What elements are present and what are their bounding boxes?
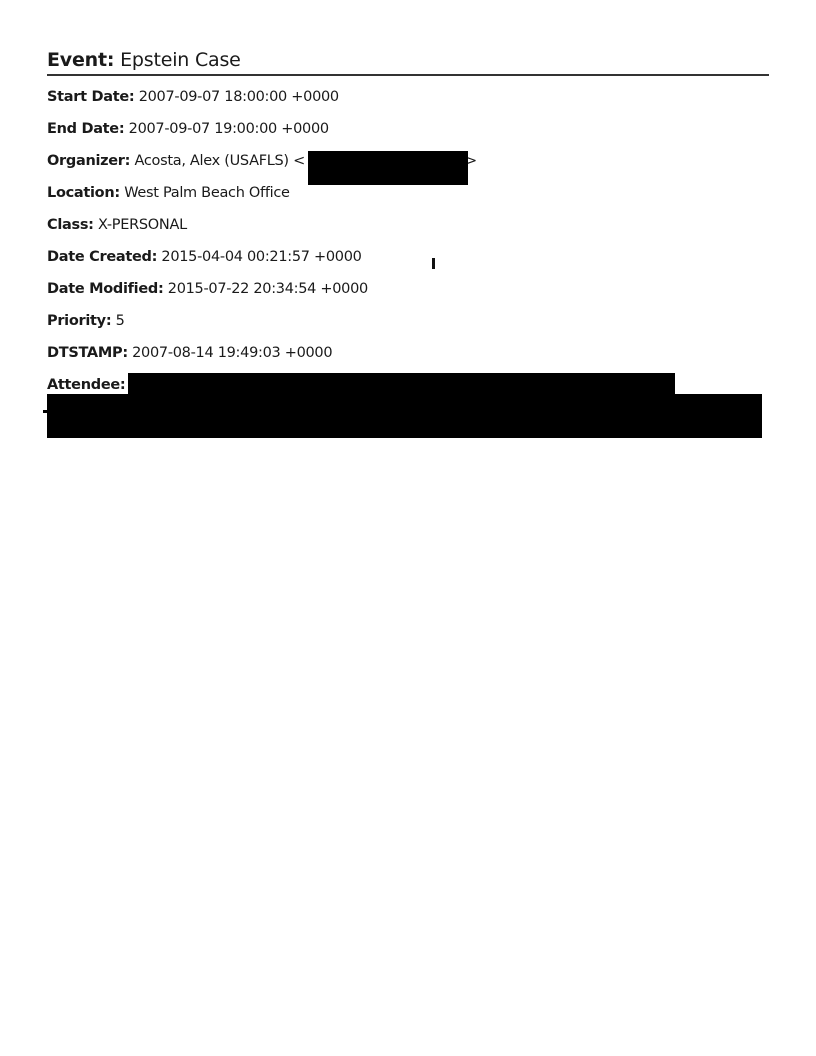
field-location: Location: West Palm Beach Office	[47, 182, 769, 214]
field-dtstamp: DTSTAMP: 2007-08-14 19:49:03 +0000	[47, 342, 769, 374]
event-label: Event:	[47, 49, 114, 71]
redaction-attendee	[128, 373, 675, 395]
field-date-created: Date Created: 2015-04-04 00:21:57 +0000	[47, 246, 769, 278]
field-end-date: End Date: 2007-09-07 19:00:00 +0000	[47, 118, 769, 150]
event-value: Epstein Case	[120, 49, 241, 71]
field-priority: Priority: 5	[47, 310, 769, 342]
field-date-modified: Date Modified: 2015-07-22 20:34:54 +0000	[47, 278, 769, 310]
redaction-organizer-email	[308, 151, 468, 185]
redaction-stub	[43, 410, 49, 413]
event-fields: Start Date: 2007-09-07 18:00:00 +0000 En…	[47, 86, 769, 406]
field-start-date: Start Date: 2007-09-07 18:00:00 +0000	[47, 86, 769, 118]
event-title: Event: Epstein Case	[47, 46, 769, 76]
field-class: Class: X-PERSONAL	[47, 214, 769, 246]
text-cursor-mark	[432, 258, 435, 269]
event-document: Event: Epstein Case Start Date: 2007-09-…	[47, 46, 769, 406]
redaction-attendee-block	[47, 394, 762, 438]
